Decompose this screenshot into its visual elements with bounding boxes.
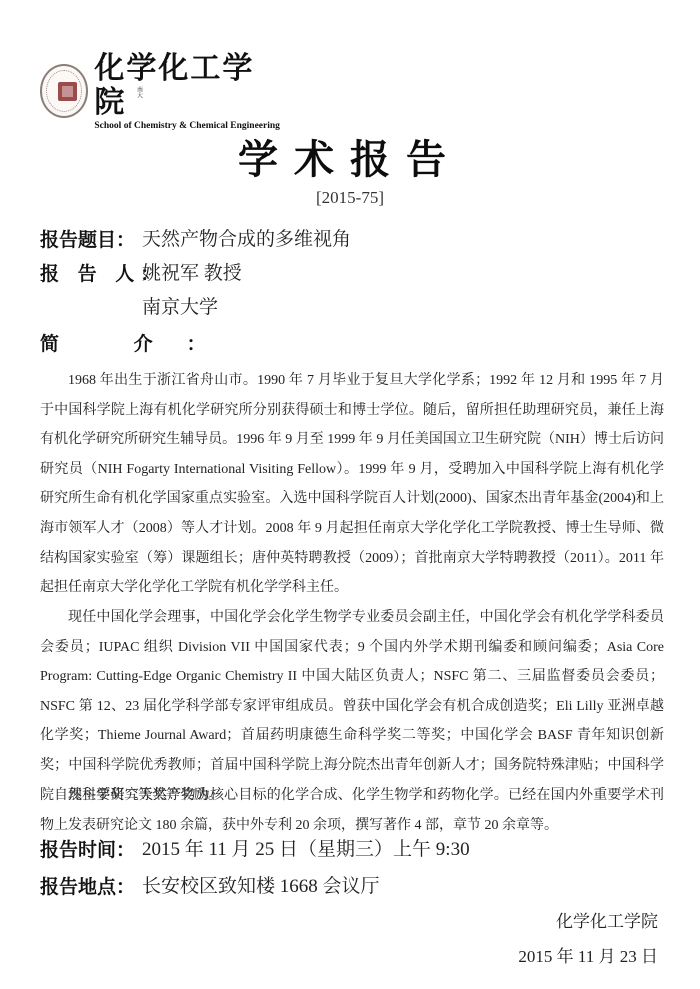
topic-field: 报告题目： 天然产物合成的多维视角	[40, 228, 351, 252]
school-seal-icon	[40, 64, 88, 118]
affiliation-field: 南京大学	[40, 296, 218, 320]
affiliation-spacer	[40, 296, 142, 320]
time-label: 报告时间：	[40, 838, 142, 862]
intro-label: 简 介：	[40, 332, 142, 356]
report-number: [2015-75]	[0, 188, 700, 208]
speaker-field: 报 告 人： 姚祝军 教授	[40, 262, 242, 286]
speaker-label: 报 告 人：	[40, 262, 142, 286]
bio-paragraph-3: 现主要研究天然产物为核心目标的化学合成、化学生物学和药物化学。已经在国内外重要学…	[40, 781, 664, 840]
speaker-affiliation: 南京大学	[142, 296, 218, 320]
time-value: 2015 年 11 月 25 日（星期三）上午 9:30	[142, 838, 470, 862]
logo-text: 化学化工学院 南大 School of Chemistry & Chemical…	[94, 52, 280, 131]
school-name-cn: 化学化工学院	[94, 51, 254, 120]
bio-paragraph-1: 1968 年出生于浙江省舟山市。1990 年 7 月毕业于复旦大学化学系；199…	[40, 366, 664, 603]
bio-paragraph-2: 现任中国化学会理事，中国化学会化学生物学专业委员会副主任，中国化学会有机化学学科…	[40, 603, 664, 810]
topic-label: 报告题目：	[40, 228, 142, 252]
page-title: 学术报告	[0, 128, 700, 185]
seal-emblem	[58, 82, 77, 101]
signature-date: 2015 年 11 月 23 日	[518, 942, 658, 967]
location-field: 报告地点： 长安校区致知楼 1668 会议厅	[40, 875, 380, 899]
topic-value: 天然产物合成的多维视角	[142, 228, 351, 252]
location-value: 长安校区致知楼 1668 会议厅	[142, 875, 380, 899]
school-logo: 化学化工学院 南大 School of Chemistry & Chemical…	[40, 62, 280, 120]
speaker-value: 姚祝军 教授	[142, 262, 242, 286]
time-field: 报告时间： 2015 年 11 月 25 日（星期三）上午 9:30	[40, 838, 470, 862]
signature-organization: 化学化工学院	[556, 907, 658, 932]
intro-field: 简 介：	[40, 332, 142, 356]
location-label: 报告地点：	[40, 875, 142, 899]
school-name-small: 南大	[134, 86, 143, 98]
